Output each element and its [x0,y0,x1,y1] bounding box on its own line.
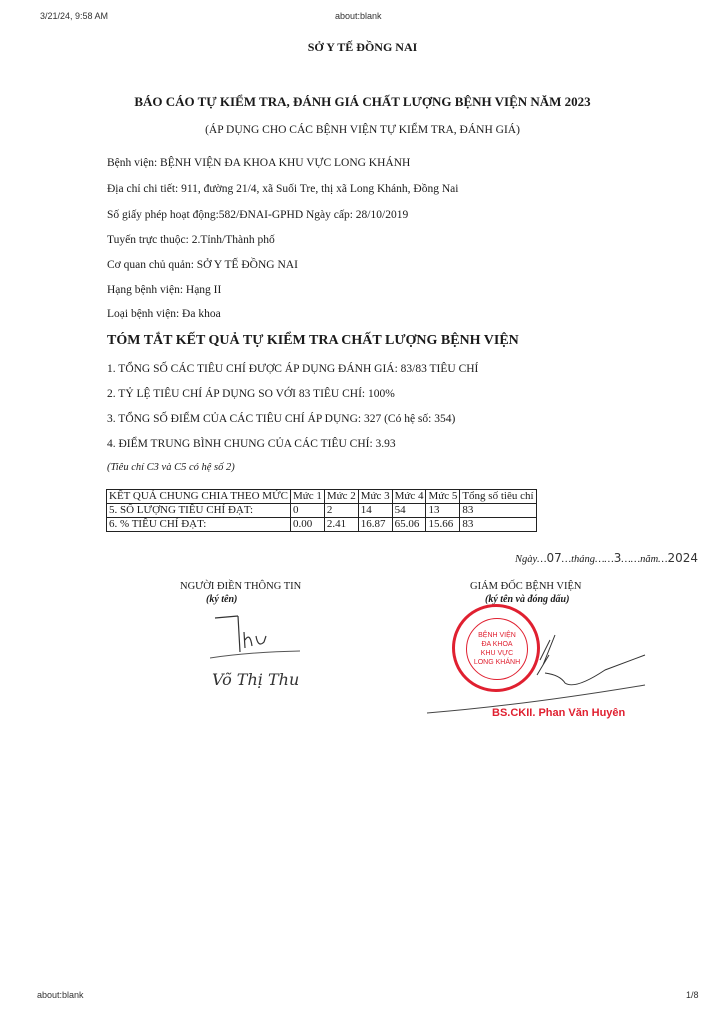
filler-title: NGƯỜI ĐIỀN THÔNG TIN [180,581,301,592]
summary-heading: TÓM TẮT KẾT QUẢ TỰ KIỂM TRA CHẤT LƯỢNG B… [107,333,519,349]
table-row: 5. SỐ LƯỢNG TIÊU CHÍ ĐẠT: 0 2 14 54 13 8… [107,504,537,518]
print-header-datetime: 3/21/24, 9:58 AM [40,11,108,21]
filler-signature-icon [210,612,310,662]
table-cell: 14 [358,504,392,518]
department-heading: SỞ Y TẾ ĐỒNG NAI [0,40,725,55]
results-table: KẾT QUẢ CHUNG CHIA THEO MỨC Mức 1 Mức 2 … [106,489,537,532]
table-cell: 83 [460,518,536,532]
table-cell: 6. % TIÊU CHÍ ĐẠT: [107,518,291,532]
coefficient-note: (Tiêu chí C3 và C5 có hệ số 2) [107,462,235,473]
director-name: BS.CKII. Phan Văn Huyên [492,707,625,719]
print-header-url: about:blank [335,11,382,21]
table-cell: 2.41 [324,518,358,532]
table-cell: 0.00 [290,518,324,532]
table-cell: 83 [460,504,536,518]
info-level: Tuyến trực thuộc: 2.Tỉnh/Thành phố [107,234,275,246]
signing-date: Ngày…07…tháng……3……năm…2024 [515,551,698,565]
info-type: Loại bệnh viện: Đa khoa [107,308,221,320]
info-agency: Cơ quan chủ quản: SỞ Y TẾ ĐỒNG NAI [107,259,298,271]
info-address: Địa chỉ chi tiết: 911, đường 21/4, xã Su… [107,183,458,195]
table-cell: 13 [426,504,460,518]
date-day: 07 [547,551,562,565]
table-cell: 0 [290,504,324,518]
summary-item-4: 4. ĐIỂM TRUNG BÌNH CHUNG CỦA CÁC TIÊU CH… [107,438,396,450]
table-header: Mức 2 [324,490,358,504]
filler-name: Võ Thị Thu [212,670,299,689]
table-cell: 16.87 [358,518,392,532]
table-header: Tổng số tiêu chí [460,490,536,504]
table-header: KẾT QUẢ CHUNG CHIA THEO MỨC [107,490,291,504]
date-year-label: năm [640,554,658,565]
table-header: Mức 3 [358,490,392,504]
report-title: BÁO CÁO TỰ KIỂM TRA, ĐÁNH GIÁ CHẤT LƯỢNG… [0,94,725,110]
summary-item-2: 2. TỶ LỆ TIÊU CHÍ ÁP DỤNG SO VỚI 83 TIÊU… [107,388,395,400]
report-subtitle: (ÁP DỤNG CHO CÁC BỆNH VIỆN TỰ KIỂM TRA, … [0,124,725,136]
info-license: Số giấy phép hoạt động:582/ĐNAI-GPHD Ngà… [107,209,408,221]
table-cell: 65.06 [392,518,426,532]
director-signature-icon [425,615,725,715]
table-header: Mức 5 [426,490,460,504]
table-cell: 54 [392,504,426,518]
filler-subtitle: (ký tên) [206,594,237,605]
table-header: Mức 1 [290,490,324,504]
table-cell: 5. SỐ LƯỢNG TIÊU CHÍ ĐẠT: [107,504,291,518]
summary-item-3: 3. TỔNG SỐ ĐIỂM CỦA CÁC TIÊU CHÍ ÁP DỤNG… [107,413,455,425]
info-rank: Hạng bệnh viện: Hạng II [107,284,221,296]
table-row: 6. % TIÊU CHÍ ĐẠT: 0.00 2.41 16.87 65.06… [107,518,537,532]
date-year: 2024 [668,551,699,565]
table-cell: 2 [324,504,358,518]
print-footer-page: 1/8 [686,990,699,1000]
table-header: Mức 4 [392,490,426,504]
summary-item-1: 1. TỔNG SỐ CÁC TIÊU CHÍ ĐƯỢC ÁP DỤNG ĐÁN… [107,363,478,375]
table-header-row: KẾT QUẢ CHUNG CHIA THEO MỨC Mức 1 Mức 2 … [107,490,537,504]
info-hospital: Bệnh viện: BỆNH VIỆN ĐA KHOA KHU VỰC LON… [107,157,410,169]
director-title: GIÁM ĐỐC BỆNH VIỆN [470,581,582,592]
date-day-label: Ngày [515,554,537,565]
date-month-label: tháng [571,554,595,565]
table-cell: 15.66 [426,518,460,532]
date-month: 3 [614,551,622,565]
print-footer-url: about:blank [37,990,84,1000]
